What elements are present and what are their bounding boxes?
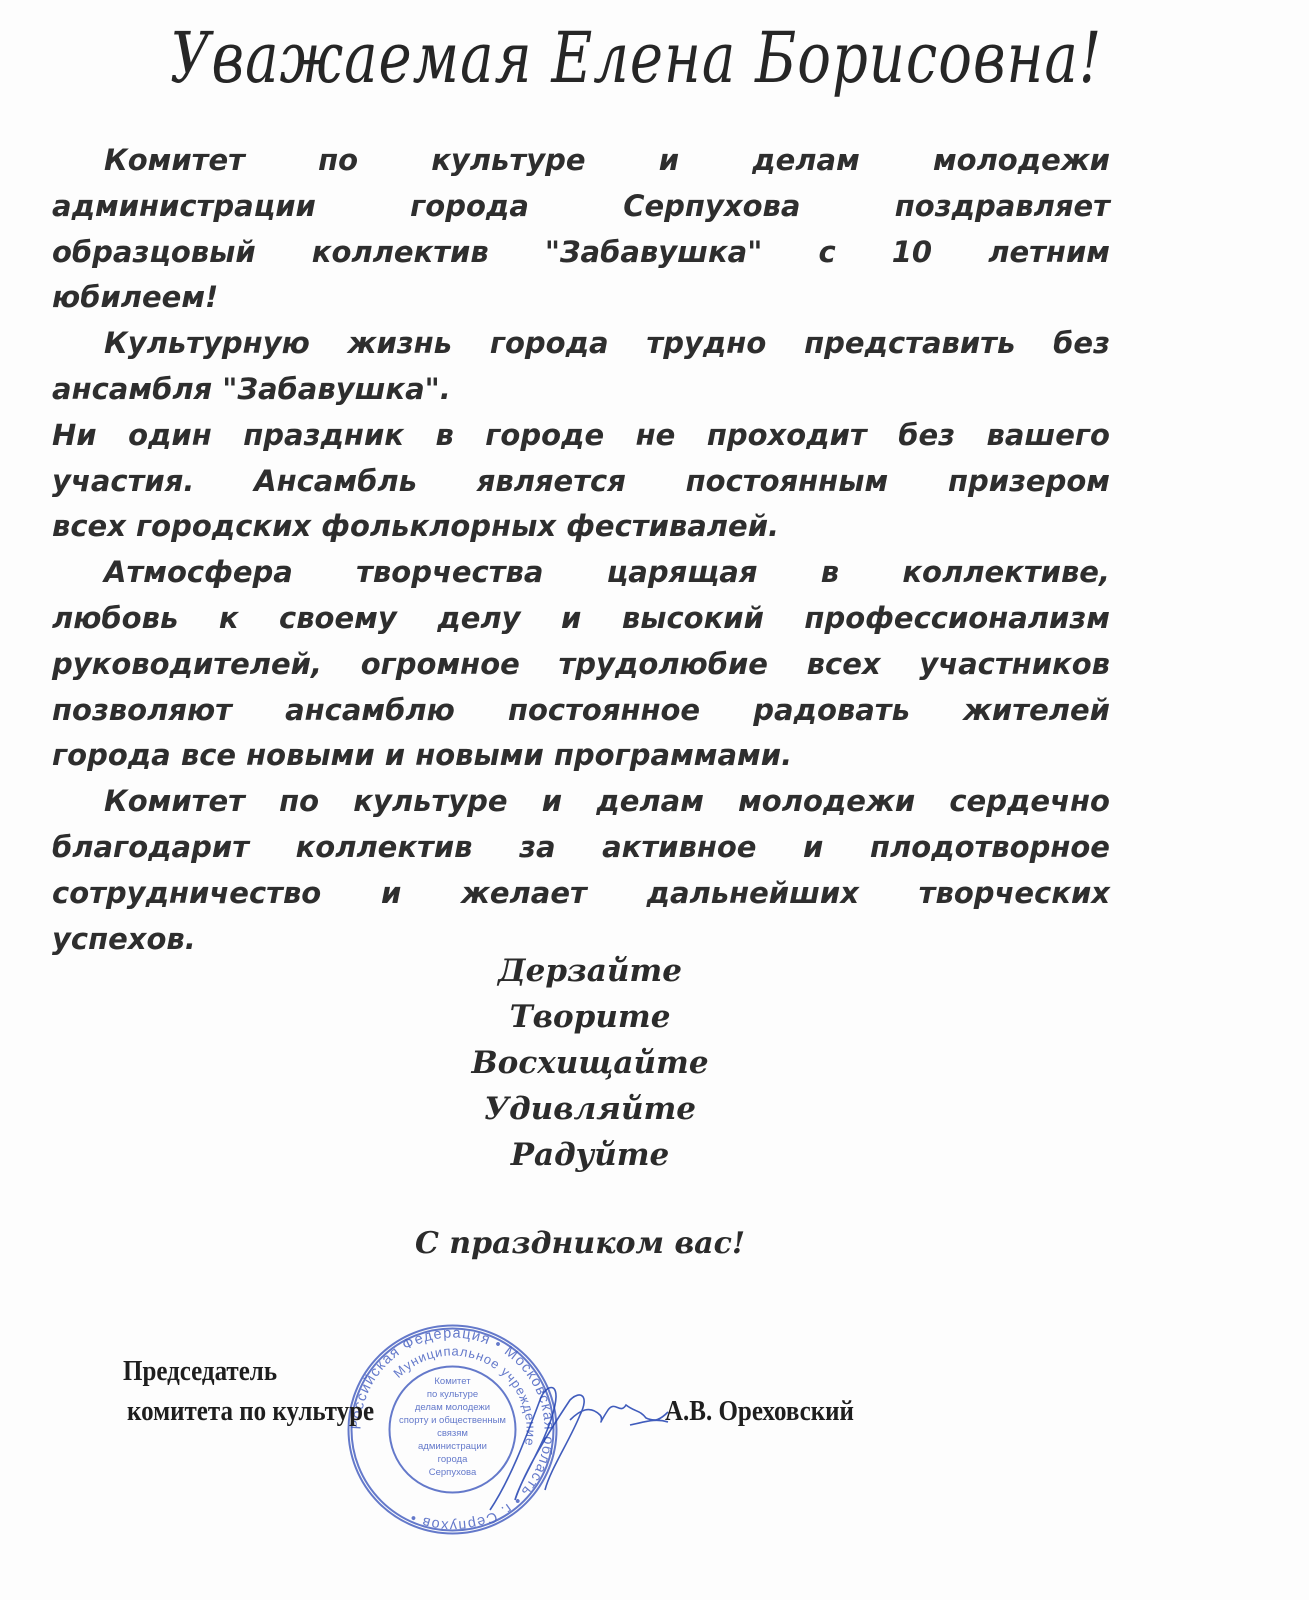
signatory-title-line1: Председатель — [123, 1356, 277, 1388]
paragraph-3-line: Ниодинпраздниквгороденепроходитбезвашего — [52, 413, 1110, 459]
word: города — [410, 184, 529, 230]
word: постоянное — [508, 688, 700, 734]
word: городе — [485, 413, 604, 459]
word: культуре — [353, 779, 507, 825]
word: молодежи — [738, 779, 915, 825]
word: коллектив — [296, 825, 473, 871]
paragraph-3-line: всех городских фольклорных фестивалей. — [52, 504, 1110, 550]
word: своему — [279, 596, 397, 642]
word: коллективе, — [902, 550, 1110, 596]
word: молодежи — [933, 138, 1110, 184]
closing-greeting: С праздником вас! — [380, 1226, 780, 1261]
paragraph-5-line: благодаритколлективзаактивноеиплодотворн… — [52, 825, 1110, 871]
word: руководителей, — [52, 642, 322, 688]
paragraph-1-line: юбилеем! — [52, 275, 1110, 321]
paragraph-4-line: Атмосфератворчествацарящаявколлективе, — [52, 550, 1110, 596]
word: за — [519, 825, 555, 871]
motto-item: Удивляйте — [380, 1086, 800, 1132]
word: летним — [988, 230, 1110, 276]
word: благодарит — [52, 825, 249, 871]
word: постоянным — [686, 459, 889, 505]
motto-item: Восхищайте — [380, 1040, 800, 1086]
word: 10 — [892, 230, 932, 276]
word: всех — [807, 642, 881, 688]
word: позволяют — [52, 688, 232, 734]
paragraph-2-line: Культурнуюжизньгородатруднопредставитьбе… — [52, 321, 1110, 367]
motto-item: Творите — [380, 994, 800, 1040]
paragraph-5-line: Комитетпокультуреиделаммолодежисердечно — [52, 779, 1110, 825]
word: делу — [437, 596, 520, 642]
word: трудолюбие — [558, 642, 768, 688]
word: по — [318, 138, 358, 184]
letter-body: Комитетпокультуреиделаммолодежиадминистр… — [52, 138, 1110, 962]
word: с — [818, 230, 835, 276]
paragraph-4-line: позволяютансамблюпостоянноерадоватьжител… — [52, 688, 1110, 734]
word: участников — [919, 642, 1110, 688]
word: дальнейших — [647, 871, 859, 917]
word: плодотворное — [870, 825, 1110, 871]
motto-item: Дерзайте — [380, 948, 800, 994]
word: Ансамбль — [254, 459, 417, 505]
word: в — [435, 413, 453, 459]
word: Атмосфера — [104, 550, 293, 596]
salutation-heading: Уважаемая Елена Борисовна! — [170, 18, 1010, 99]
word: ансамбля "Забавушка". — [52, 367, 451, 413]
word: не — [636, 413, 676, 459]
word: делам — [596, 779, 704, 825]
word: трудно — [646, 321, 766, 367]
word: высокий — [622, 596, 764, 642]
word: образцовый — [52, 230, 256, 276]
word: любовь — [52, 596, 178, 642]
word: проходит — [707, 413, 867, 459]
word: творчества — [356, 550, 543, 596]
word: Ни — [52, 413, 97, 459]
paragraph-4-line: любовьксвоемуделуивысокийпрофессионализм — [52, 596, 1110, 642]
motto-list: ДерзайтеТворитеВосхищайтеУдивляйтеРадуйт… — [380, 948, 800, 1178]
word: сердечно — [949, 779, 1110, 825]
word: в — [821, 550, 839, 596]
motto-item: Радуйте — [380, 1132, 800, 1178]
word: вашего — [986, 413, 1109, 459]
word: праздник — [243, 413, 404, 459]
word: и — [542, 779, 562, 825]
word: ансамблю — [285, 688, 455, 734]
word: и — [561, 596, 581, 642]
paragraph-5-line: сотрудничествоижелаетдальнейшихтворчески… — [52, 871, 1110, 917]
word: администрации — [52, 184, 316, 230]
word: коллектив — [312, 230, 489, 276]
word: участия. — [52, 459, 194, 505]
word: профессионализм — [804, 596, 1110, 642]
word: "Забавушка" — [545, 230, 763, 276]
word: города — [490, 321, 609, 367]
word: поздравляет — [895, 184, 1110, 230]
word: по — [279, 779, 319, 825]
word: жизнь — [348, 321, 452, 367]
word: без — [1053, 321, 1110, 367]
word: всех городских фольклорных фестивалей. — [52, 504, 779, 550]
signatory-title-line2: комитета по культуре — [127, 1396, 374, 1428]
word: желает — [461, 871, 587, 917]
paragraph-3-line: участия.Ансамбльявляетсяпостояннымпризер… — [52, 459, 1110, 505]
paragraph-4-line: города все новыми и новыми программами. — [52, 733, 1110, 779]
signatory-name: А.В. Ореховский — [665, 1396, 854, 1428]
paragraph-4-line: руководителей,огромноетрудолюбиевсехучас… — [52, 642, 1110, 688]
word: Комитет — [104, 779, 245, 825]
word: является — [477, 459, 626, 505]
word: царящая — [607, 550, 758, 596]
word: один — [128, 413, 212, 459]
word: культуре — [431, 138, 585, 184]
word: жителей — [963, 688, 1110, 734]
handwritten-signature-icon — [430, 1370, 670, 1520]
paragraph-1-line: администрациигородаСерпуховапоздравляет — [52, 184, 1110, 230]
word: и — [803, 825, 823, 871]
word: к — [219, 596, 239, 642]
word: делам — [752, 138, 860, 184]
word: и — [659, 138, 679, 184]
word: призером — [948, 459, 1110, 505]
word: Культурную — [104, 321, 310, 367]
word: юбилеем! — [52, 275, 218, 321]
word: без — [898, 413, 955, 459]
word: представить — [804, 321, 1015, 367]
word: успехов. — [52, 917, 196, 963]
word: радовать — [753, 688, 910, 734]
word: и — [381, 871, 401, 917]
letter-page: Уважаемая Елена Борисовна! Комитетпокуль… — [0, 0, 1309, 1600]
word: города все новыми и новыми программами. — [52, 733, 792, 779]
paragraph-1-line: образцовыйколлектив"Забавушка"с10летним — [52, 230, 1110, 276]
word: активное — [602, 825, 756, 871]
word: сотрудничество — [52, 871, 321, 917]
word: Комитет — [104, 138, 245, 184]
paragraph-1-line: Комитетпокультуреиделаммолодежи — [52, 138, 1110, 184]
word: огромное — [361, 642, 520, 688]
word: творческих — [919, 871, 1110, 917]
word: Серпухова — [623, 184, 800, 230]
paragraph-2-line: ансамбля "Забавушка". — [52, 367, 1110, 413]
